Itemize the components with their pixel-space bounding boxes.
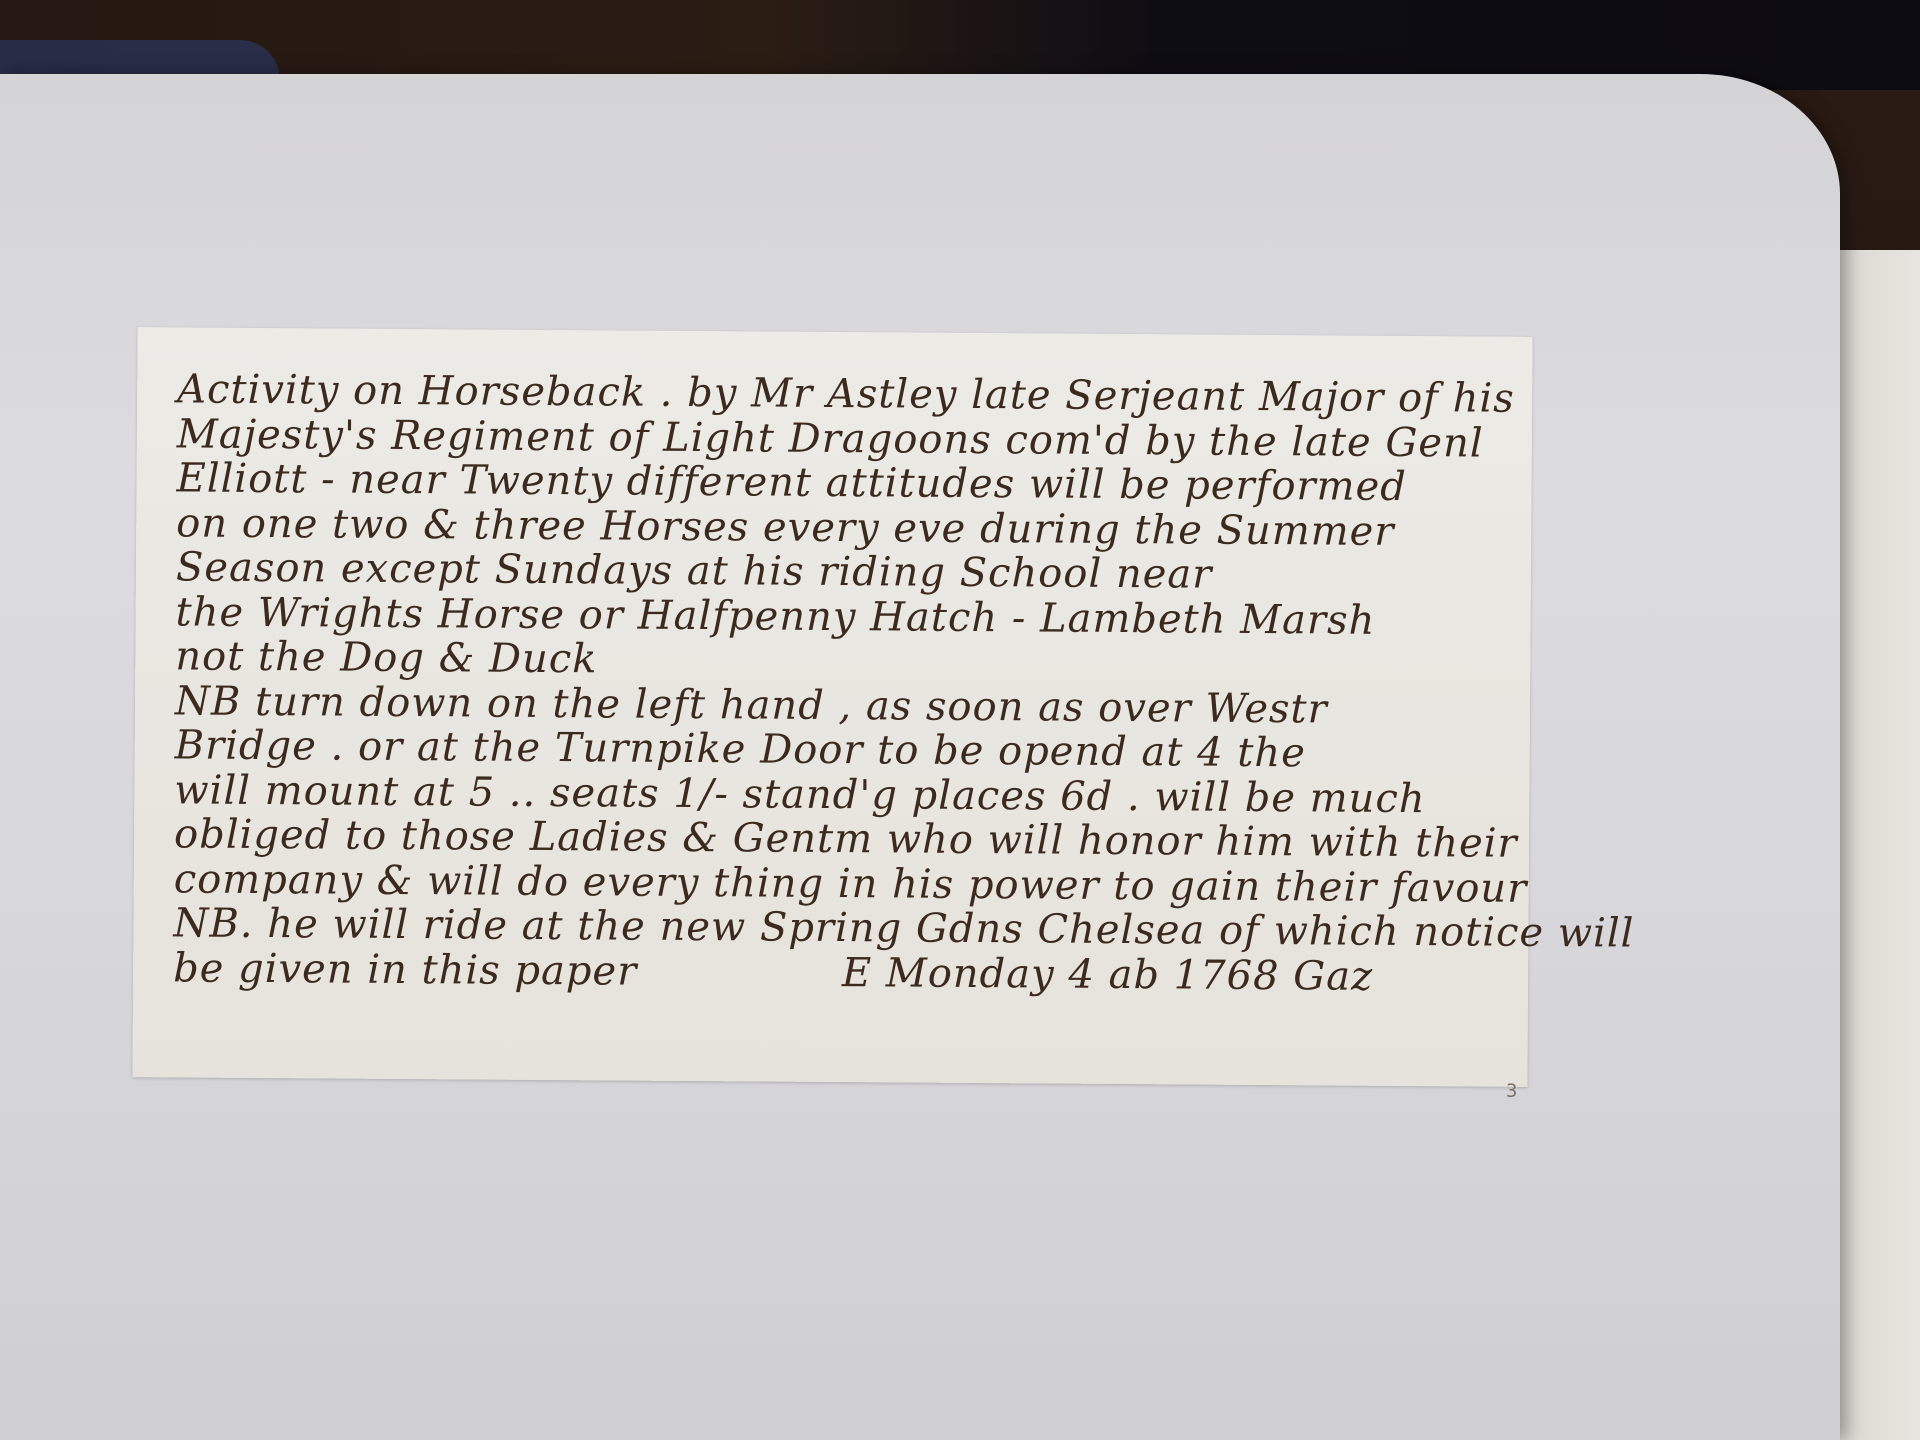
- manuscript-signature-line: be given in this paper E Monday 4 ab 176…: [173, 946, 1373, 999]
- facing-page-edge: [1840, 250, 1920, 1440]
- folio-number: 3: [1506, 1081, 1518, 1102]
- manuscript-date-source: E Monday 4 ab 1768 Gaz: [842, 951, 1374, 999]
- manuscript-closing-text: be given in this paper: [173, 946, 637, 994]
- manuscript-text: Activity on Horseback . by Mr Astley lat…: [173, 367, 1507, 999]
- photo-scene: Activity on Horseback . by Mr Astley lat…: [0, 0, 1920, 1440]
- manuscript-sheet: Activity on Horseback . by Mr Astley lat…: [132, 327, 1532, 1087]
